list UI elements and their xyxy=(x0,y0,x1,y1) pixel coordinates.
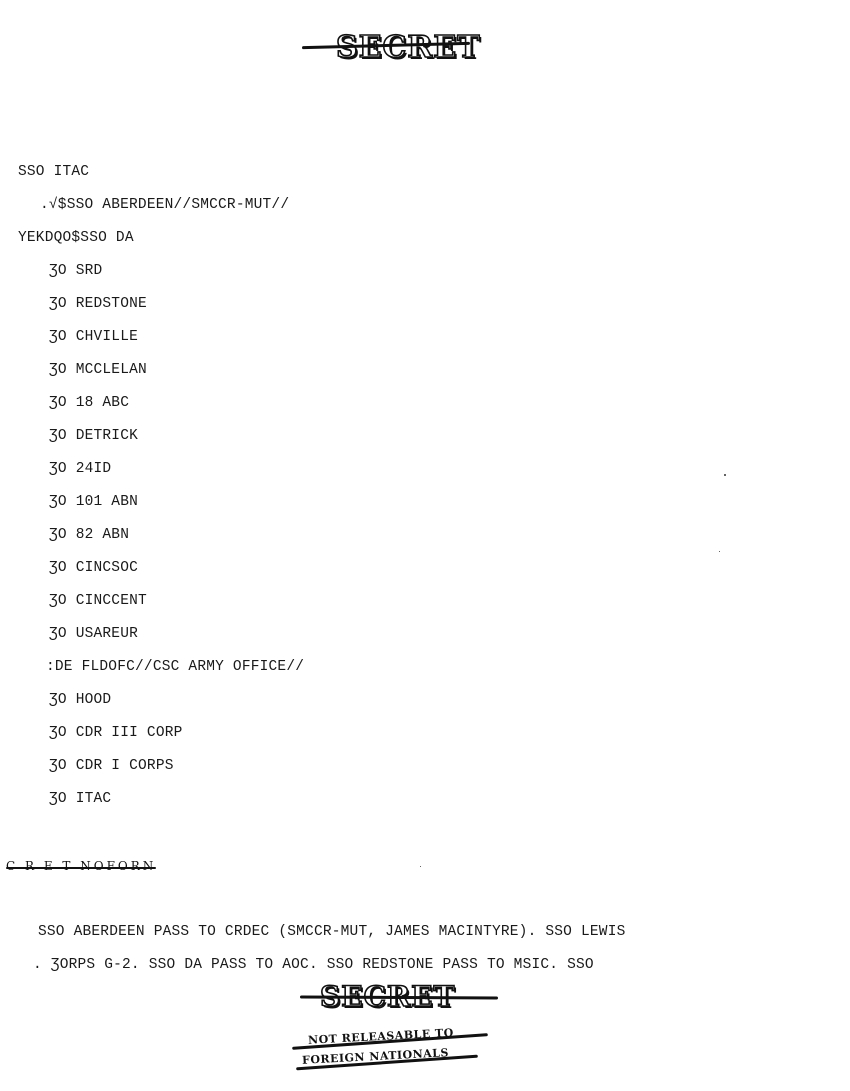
classification-strikethrough xyxy=(6,867,156,869)
address-line: ƷO 101 ABN xyxy=(49,494,138,510)
scan-speck xyxy=(719,551,720,552)
address-line: ƷO CINCCENT xyxy=(49,593,147,609)
address-line: ƷO SRD xyxy=(49,263,102,279)
address-line: ƷO ITAC xyxy=(49,791,111,807)
address-line: ƷO USAREUR xyxy=(49,626,138,642)
address-line: YEKDQO$SSO DA xyxy=(18,230,134,246)
address-line: ƷO 82 ABN xyxy=(49,527,129,543)
scan-speck xyxy=(724,474,726,476)
address-line: :DE FLDOFC//CSC ARMY OFFICE// xyxy=(46,659,304,675)
body-line: . ƷORPS G-2. SSO DA PASS TO AOC. SSO RED… xyxy=(33,957,594,973)
address-line: ƷO 18 ABC xyxy=(49,395,129,411)
address-line: ƷO DETRICK xyxy=(49,428,138,444)
address-line: .√$SSO ABERDEEN//SMCCR-MUT// xyxy=(40,197,289,213)
address-line: ƷO CHVILLE xyxy=(49,329,138,345)
address-line: ƷO REDSTONE xyxy=(49,296,147,312)
address-line: ƷO CDR III CORP xyxy=(49,725,183,741)
address-line: ƷO CINCSOC xyxy=(49,560,138,576)
address-line: ƷO MCCLELAN xyxy=(49,362,147,378)
address-line: ƷO CDR I CORPS xyxy=(49,758,174,774)
body-line: SSO ABERDEEN PASS TO CRDEC (SMCCR-MUT, J… xyxy=(38,924,626,940)
address-line: SSO ITAC xyxy=(18,164,89,180)
scan-speck xyxy=(420,866,421,867)
classification-text: C R E T NOFORN xyxy=(6,859,156,873)
address-line: ƷO HOOD xyxy=(49,692,111,708)
address-line: ƷO 24ID xyxy=(49,461,111,477)
